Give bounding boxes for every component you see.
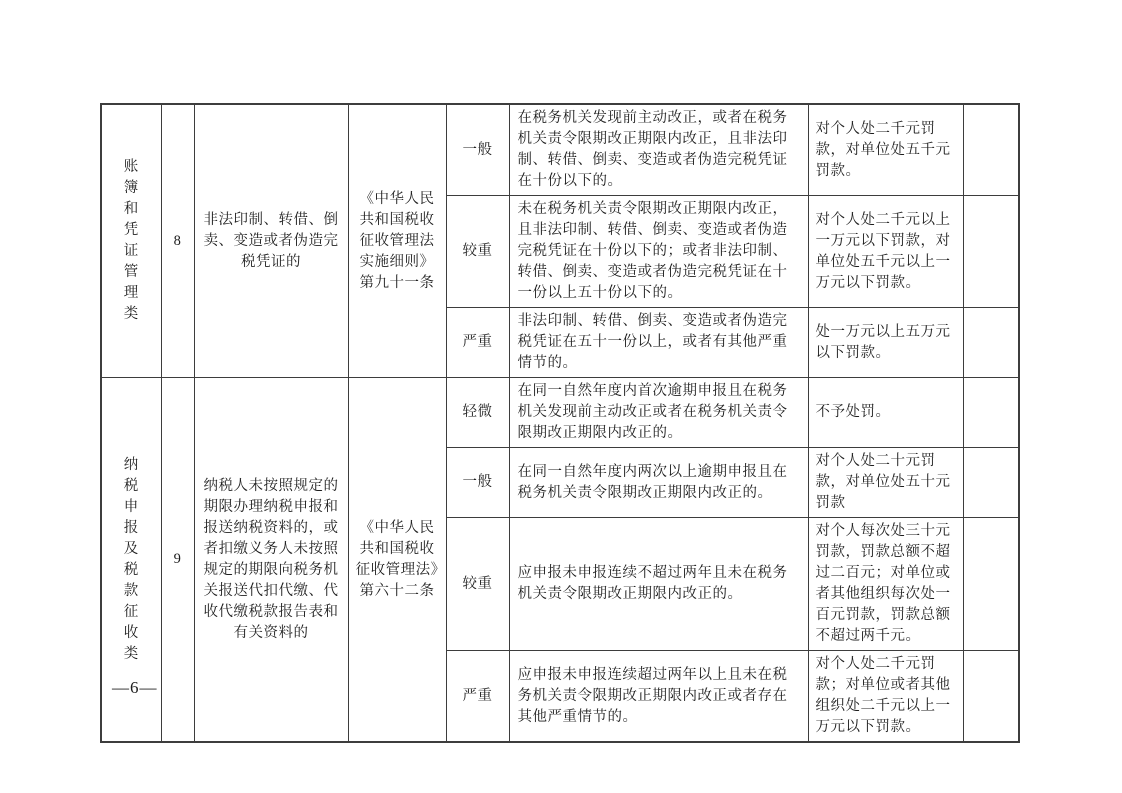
- remarks-cell: [963, 378, 1019, 448]
- penalty-cell: 处一万元以上五万元以下罚款。: [808, 308, 963, 378]
- tax-penalty-table: 账簿和凭证管理类 8 非法印制、转借、倒卖、变造或者伪造完税凭证的 《中华人民共…: [100, 103, 1020, 743]
- page-number: —6—: [112, 678, 158, 698]
- severity-cell: 较重: [446, 196, 509, 308]
- category-label: 纳税申报及税款征收类: [117, 455, 146, 665]
- category-cell: 账簿和凭证管理类: [101, 104, 161, 378]
- penalty-cell: 对个人处二千元罚款；对单位或者其他组织处二千元以上一万元以下罚款。: [808, 651, 963, 743]
- penalty-cell: 对个人每次处三十元罚款，罚款总额不超过二百元；对单位或者其他组织每次处一百元罚款…: [808, 518, 963, 651]
- violation-cell: 纳税人未按照规定的期限办理纳税申报和报送纳税资料的，或者扣缴义务人未按照规定的期…: [194, 378, 348, 743]
- severity-cell: 一般: [446, 448, 509, 518]
- penalty-cell: 对个人处二千元以上一万元以下罚款，对单位处五千元以上一万元以下罚款。: [808, 196, 963, 308]
- circumstance-cell: 在同一自然年度内两次以上逾期申报且在税务机关责令限期改正期限内改正的。: [509, 448, 808, 518]
- severity-cell: 严重: [446, 651, 509, 743]
- category-label: 账簿和凭证管理类: [117, 157, 146, 325]
- severity-cell: 严重: [446, 308, 509, 378]
- legal-basis-cell: 《中华人民共和国税收征收管理法实施细则》第九十一条: [348, 104, 446, 378]
- remarks-cell: [963, 196, 1019, 308]
- penalty-cell: 对个人处二千元罚款，对单位处五千元罚款。: [808, 104, 963, 196]
- penalty-cell: 不予处罚。: [808, 378, 963, 448]
- row-number-cell: 9: [161, 378, 194, 743]
- remarks-cell: [963, 518, 1019, 651]
- circumstance-cell: 非法印制、转借、倒卖、变造或者伪造完税凭证在五十一份以上，或者有其他严重情节的。: [509, 308, 808, 378]
- remarks-cell: [963, 308, 1019, 378]
- legal-basis-cell: 《中华人民共和国税收征收管理法》第六十二条: [348, 378, 446, 743]
- table-row: 纳税申报及税款征收类 9 纳税人未按照规定的期限办理纳税申报和报送纳税资料的，或…: [101, 378, 1019, 448]
- row-number-cell: 8: [161, 104, 194, 378]
- violation-cell: 非法印制、转借、倒卖、变造或者伪造完税凭证的: [194, 104, 348, 378]
- circumstance-cell: 未在税务机关责令限期改正期限内改正，且非法印制、转借、倒卖、变造或者伪造完税凭证…: [509, 196, 808, 308]
- severity-cell: 较重: [446, 518, 509, 651]
- circumstance-cell: 在税务机关发现前主动改正，或者在税务机关责令限期改正期限内改正，且非法印制、转借…: [509, 104, 808, 196]
- circumstance-cell: 应申报未申报连续超过两年以上且未在税务机关责令限期改正期限内改正或者存在其他严重…: [509, 651, 808, 743]
- remarks-cell: [963, 104, 1019, 196]
- penalty-cell: 对个人处二十元罚款，对单位处五十元罚款: [808, 448, 963, 518]
- circumstance-cell: 在同一自然年度内首次逾期申报且在税务机关发现前主动改正或者在税务机关责令限期改正…: [509, 378, 808, 448]
- circumstance-cell: 应申报未申报连续不超过两年且未在税务机关责令限期改正期限内改正的。: [509, 518, 808, 651]
- document-page: 账簿和凭证管理类 8 非法印制、转借、倒卖、变造或者伪造完税凭证的 《中华人民共…: [0, 0, 1122, 793]
- table-row: 账簿和凭证管理类 8 非法印制、转借、倒卖、变造或者伪造完税凭证的 《中华人民共…: [101, 104, 1019, 196]
- severity-cell: 轻微: [446, 378, 509, 448]
- remarks-cell: [963, 448, 1019, 518]
- remarks-cell: [963, 651, 1019, 743]
- severity-cell: 一般: [446, 104, 509, 196]
